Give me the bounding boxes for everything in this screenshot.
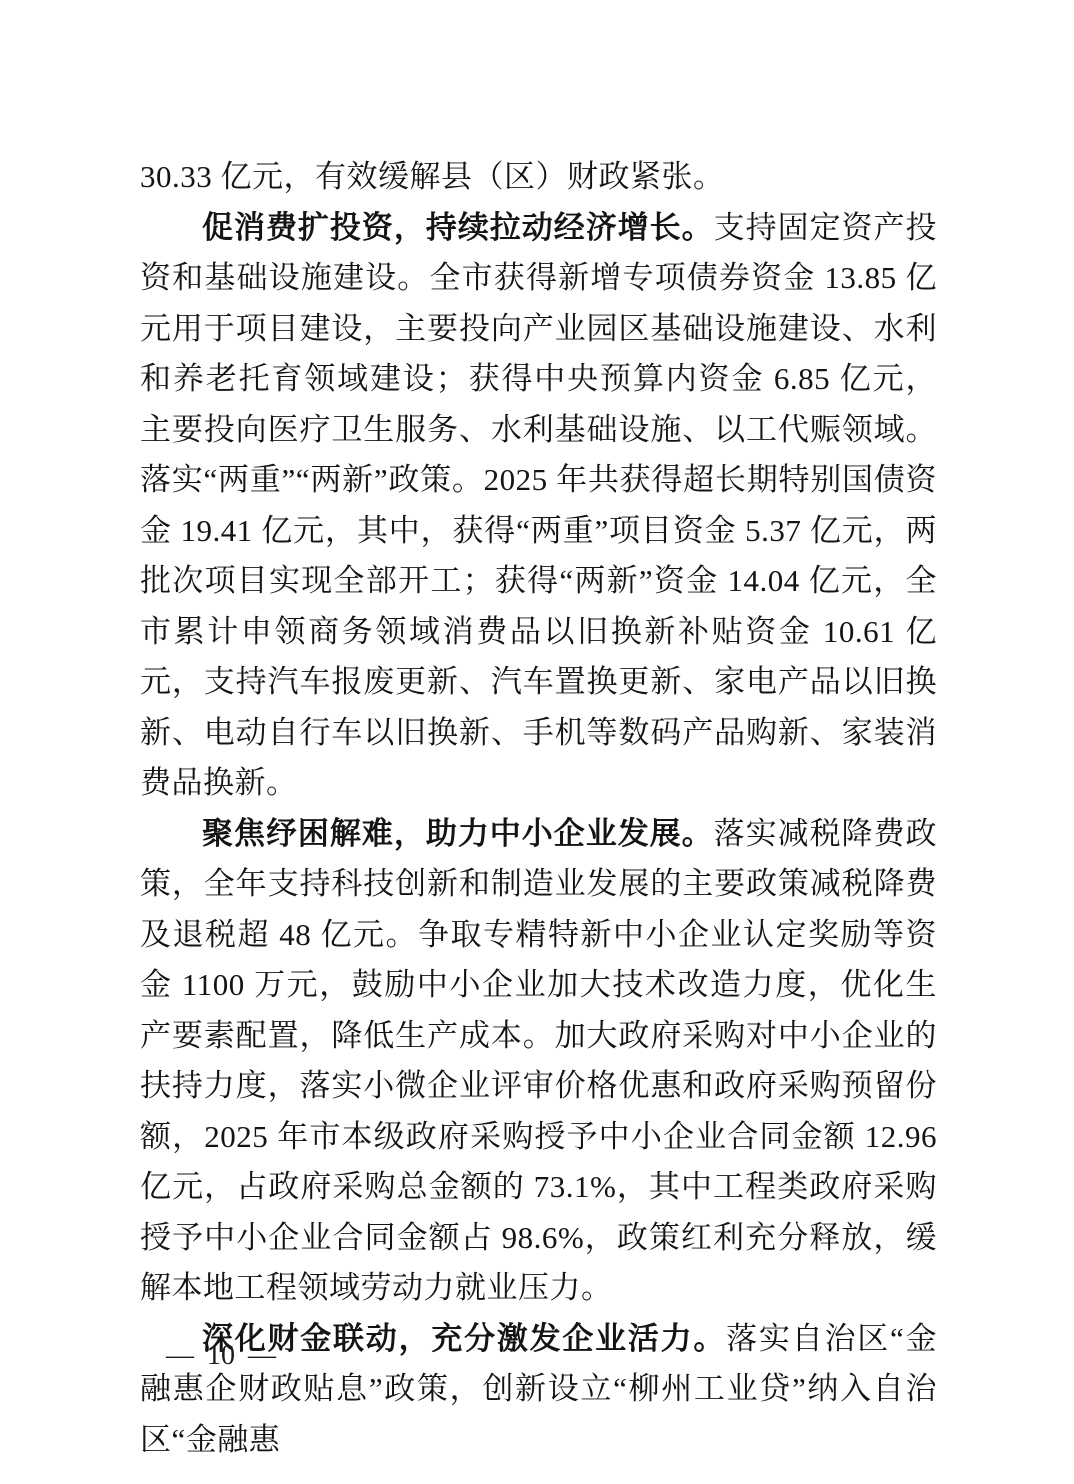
paragraph-lead: 促消费扩投资，持续拉动经济增长。 — [202, 210, 714, 245]
paragraph-body: 支持固定资产投资和基础设施建设。全市获得新增专项债券资金 13.85 亿元用于项… — [140, 210, 937, 801]
paragraph-consumption-investment: 促消费扩投资，持续拉动经济增长。支持固定资产投资和基础设施建设。全市获得新增专项… — [140, 203, 937, 809]
paragraph-body: 落实减税降费政策，全年支持科技创新和制造业发展的主要政策减税降费及退税超 48 … — [140, 816, 937, 1306]
page-footer: — 10 — — [166, 1339, 276, 1373]
paragraph-lead: 深化财金联动，充分激发企业活力。 — [202, 1321, 726, 1356]
paragraph-finance-linkage: 深化财金联动，充分激发企业活力。落实自治区“金融惠企财政贴息”政策，创新设立“柳… — [140, 1314, 937, 1466]
paragraph-sme-support: 聚焦纾困解难，助力中小企业发展。落实减税降费政策，全年支持科技创新和制造业发展的… — [140, 809, 937, 1314]
paragraph-continuation: 30.33 亿元，有效缓解县（区）财政紧张。 — [140, 152, 937, 203]
document-page: 30.33 亿元，有效缓解县（区）财政紧张。 促消费扩投资，持续拉动经济增长。支… — [0, 0, 1074, 1484]
page-number: 10 — [207, 1339, 235, 1373]
footer-dash-right: — — [248, 1339, 276, 1373]
footer-dash-left: — — [166, 1339, 194, 1373]
paragraph-lead: 聚焦纾困解难，助力中小企业发展。 — [202, 816, 714, 851]
paragraph-body: 30.33 亿元，有效缓解县（区）财政紧张。 — [140, 159, 725, 194]
page-body-text: 30.33 亿元，有效缓解县（区）财政紧张。 促消费扩投资，持续拉动经济增长。支… — [140, 152, 937, 1465]
